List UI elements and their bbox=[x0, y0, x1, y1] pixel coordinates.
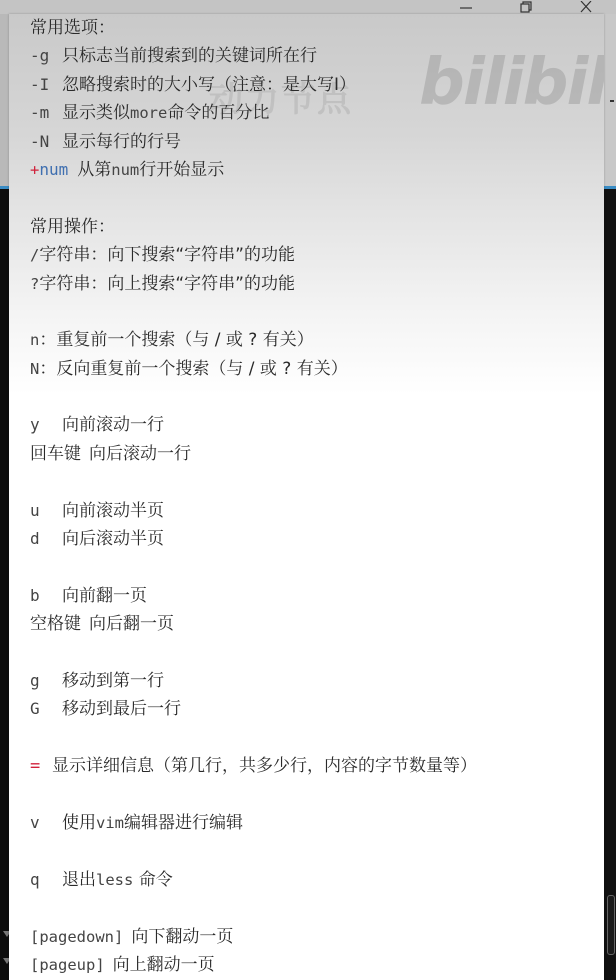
option-desc: 忽略搜索时的大小写（注意：是大写I） bbox=[62, 75, 356, 95]
operation-desc: ：反向重复前一个搜索（与 / 或 ? 有关） bbox=[39, 359, 347, 379]
operation-key: N bbox=[30, 360, 39, 378]
blank-line bbox=[30, 837, 600, 865]
operation-key: = bbox=[30, 752, 52, 780]
operation-key: [pageup] bbox=[30, 956, 105, 974]
option-flag: num bbox=[39, 160, 68, 179]
operation-row: G移动到最后一行 bbox=[30, 695, 600, 723]
operation-row: d向后滚动半页 bbox=[30, 525, 600, 553]
operation-desc: 移动到第一行 bbox=[62, 671, 164, 691]
option-row: -m显示类似more命令的百分比 bbox=[30, 99, 600, 127]
operation-key: v bbox=[30, 809, 62, 837]
less-help-panel: 动力节点 bilibili 常用选项： -g只标志当前搜索到的关键词所在行 -I… bbox=[9, 14, 604, 980]
background-window-right-accent bbox=[604, 186, 616, 189]
option-row: +num从第num行开始显示 bbox=[30, 156, 600, 184]
option-flag: -I bbox=[30, 71, 62, 99]
option-desc: 只标志当前搜索到的关键词所在行 bbox=[62, 46, 317, 66]
option-desc-pre: 显示类似 bbox=[62, 103, 130, 123]
minimize-icon bbox=[459, 2, 473, 12]
operation-key: G bbox=[30, 695, 62, 723]
operation-key: g bbox=[30, 667, 62, 695]
operation-key: u bbox=[30, 497, 62, 525]
operation-desc: 向前滚动一行 bbox=[62, 415, 164, 435]
operation-row: g移动到第一行 bbox=[30, 667, 600, 695]
operation-row: y向前滚动一行 bbox=[30, 411, 600, 439]
operation-desc: 字符串：向上搜索“字符串”的功能 bbox=[39, 274, 295, 294]
help-content: 常用选项： -g只标志当前搜索到的关键词所在行 -I忽略搜索时的大小写（注意：是… bbox=[30, 14, 600, 979]
option-desc: 显示每行的行号 bbox=[62, 132, 181, 152]
operation-row: q退出less 命令 bbox=[30, 866, 600, 894]
operation-row: [pageup]向上翻动一页 bbox=[30, 951, 600, 979]
screen: 动力节点 bilibili 常用选项： -g只标志当前搜索到的关键词所在行 -I… bbox=[0, 0, 616, 980]
operation-desc: 向上翻动一页 bbox=[113, 955, 215, 975]
operation-desc-pre: 使用 bbox=[62, 813, 96, 833]
option-flag: -N bbox=[30, 128, 62, 156]
operation-row: =显示详细信息（第几行，共多少行，内容的字节数量等） bbox=[30, 752, 600, 780]
blank-line bbox=[30, 298, 600, 326]
operation-desc-mono: less bbox=[96, 871, 133, 889]
operation-row: [pagedown]向下翻动一页 bbox=[30, 923, 600, 951]
operation-desc: 向前滚动半页 bbox=[62, 501, 164, 521]
option-plus-marker: + bbox=[30, 161, 39, 179]
operation-row: u向前滚动半页 bbox=[30, 497, 600, 525]
background-window-marker bbox=[610, 100, 614, 102]
minimize-button[interactable] bbox=[436, 0, 496, 14]
operation-row: 回车键向后滚动一行 bbox=[30, 440, 600, 468]
option-desc-pre: 从第 bbox=[77, 160, 111, 180]
option-desc-post: 行开始显示 bbox=[139, 160, 224, 180]
operation-row: n：重复前一个搜索（与 / 或 ? 有关） bbox=[30, 326, 600, 354]
blank-line bbox=[30, 781, 600, 809]
blank-line bbox=[30, 184, 600, 212]
operation-desc-pre: 退出 bbox=[62, 870, 96, 890]
operation-key: d bbox=[30, 525, 62, 553]
operation-desc: 移动到最后一行 bbox=[62, 699, 181, 719]
operation-row: v使用vim编辑器进行编辑 bbox=[30, 809, 600, 837]
operation-desc: 向下翻动一页 bbox=[131, 927, 233, 947]
close-icon bbox=[579, 1, 593, 13]
blank-line bbox=[30, 553, 600, 581]
operation-desc: 向前翻一页 bbox=[62, 586, 147, 606]
close-button[interactable] bbox=[556, 0, 616, 14]
operation-row: N：反向重复前一个搜索（与 / 或 ? 有关） bbox=[30, 355, 600, 383]
operation-key: / bbox=[30, 246, 39, 264]
operation-row: b向前翻一页 bbox=[30, 582, 600, 610]
operation-row: ?字符串：向上搜索“字符串”的功能 bbox=[30, 270, 600, 298]
options-heading: 常用选项： bbox=[30, 14, 600, 42]
option-flag: -m bbox=[30, 99, 62, 127]
restore-icon bbox=[519, 1, 533, 13]
blank-line bbox=[30, 639, 600, 667]
operation-desc-mono: vim bbox=[96, 814, 124, 832]
option-desc-mono: num bbox=[111, 161, 139, 179]
operation-desc: 向后翻一页 bbox=[89, 614, 174, 634]
background-scrollbar-thumb[interactable] bbox=[607, 895, 615, 955]
option-row: -N显示每行的行号 bbox=[30, 128, 600, 156]
operation-key: ? bbox=[30, 275, 39, 293]
operation-row: 空格键向后翻一页 bbox=[30, 610, 600, 638]
operation-desc: 显示详细信息（第几行，共多少行，内容的字节数量等） bbox=[52, 756, 477, 776]
restore-button[interactable] bbox=[496, 0, 556, 14]
operation-key: b bbox=[30, 582, 62, 610]
operation-key: 回车键 bbox=[30, 440, 81, 468]
operations-heading: 常用操作： bbox=[30, 213, 600, 241]
operation-desc: 向后滚动一行 bbox=[89, 444, 191, 464]
operation-key: q bbox=[30, 866, 62, 894]
blank-line bbox=[30, 383, 600, 411]
operation-desc-post: 命令 bbox=[133, 870, 172, 890]
operation-desc: 向后滚动半页 bbox=[62, 529, 164, 549]
blank-line bbox=[30, 724, 600, 752]
operation-desc: 字符串：向下搜索“字符串”的功能 bbox=[39, 245, 295, 265]
background-window-left-top bbox=[0, 14, 9, 186]
operation-desc-post: 编辑器进行编辑 bbox=[124, 813, 243, 833]
operation-key: 空格键 bbox=[30, 610, 81, 638]
operation-key: n bbox=[30, 331, 39, 349]
operation-row: /字符串：向下搜索“字符串”的功能 bbox=[30, 241, 600, 269]
operation-key: [pagedown] bbox=[30, 928, 123, 946]
option-desc-mono: more bbox=[130, 104, 167, 122]
window-controls bbox=[436, 0, 616, 14]
operation-desc: ：重复前一个搜索（与 / 或 ? 有关） bbox=[39, 330, 313, 350]
option-row: -g只标志当前搜索到的关键词所在行 bbox=[30, 42, 600, 70]
option-row: -I忽略搜索时的大小写（注意：是大写I） bbox=[30, 71, 600, 99]
background-window-left-accent bbox=[0, 186, 9, 189]
option-flag: -g bbox=[30, 42, 62, 70]
option-desc-post: 命令的百分比 bbox=[167, 103, 269, 123]
operation-key: y bbox=[30, 411, 62, 439]
blank-line bbox=[30, 468, 600, 496]
blank-line bbox=[30, 894, 600, 922]
